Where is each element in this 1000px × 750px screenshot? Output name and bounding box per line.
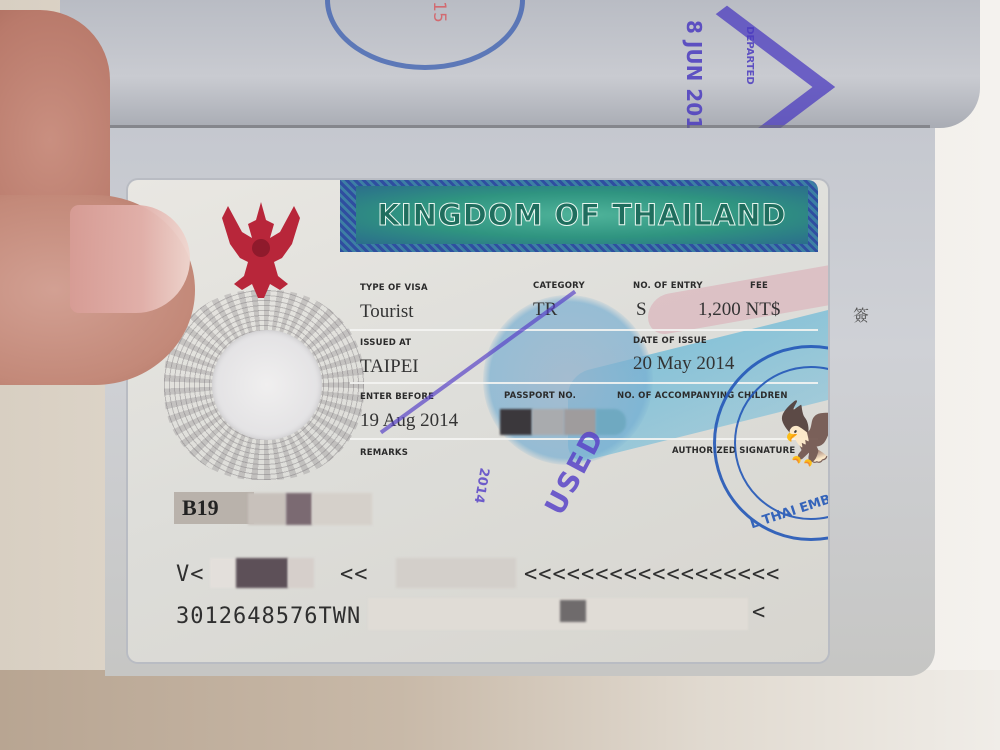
no-of-entry-value: S [636,299,647,321]
mrz-line2-prefix: 3012648576TWN [176,604,361,629]
redacted-mrz [396,558,516,588]
no-of-entry-label: NO. OF ENTRY [633,281,703,291]
issued-at-value: TAIPEI [360,356,419,378]
date-of-issue-value: 20 May 2014 [633,353,734,375]
used-stamp-date: 2014 [471,466,492,504]
departure-stamp-label: DEPARTED [744,26,755,85]
fee-label: FEE [750,281,768,291]
remarks-label: REMARKS [360,448,408,458]
side-character: 簽 [853,303,869,326]
redacted-mrz [236,558,288,588]
garuda-emblem-icon [216,198,306,308]
mrz-line1-prefix: V< [176,562,205,587]
issued-at-label: ISSUED AT [360,338,411,348]
redacted-passport-number [532,409,564,435]
type-of-visa-value: Tourist [360,301,414,323]
redacted-serial [286,493,312,525]
hologram-number: 15 [824,542,828,617]
field-divider [350,329,818,331]
mrz-line1-filler: <<<<<<<<<<<<<<<<<< [524,562,780,587]
visa-serial: B19 [174,492,254,524]
embassy-garuda-icon: 🦅 [776,398,828,469]
redacted-mrz [210,558,236,588]
mrz-line2-suffix: < [752,600,766,625]
visa-title: KINGDOM OF THAILAND [377,198,786,232]
redacted-passport-number [500,409,532,435]
visa-serial-prefix: B19 [182,495,219,521]
stamp-red-number: 15 [429,1,449,23]
entry-stamp-circle [325,0,525,70]
redacted-serial [312,493,372,525]
redacted-mrz [288,558,314,588]
redacted-mrz [560,600,586,622]
passport-top-page: 15 8 JUN 2014 DEPARTED [60,0,980,128]
title-banner: KINGDOM OF THAILAND [340,180,818,252]
visa-sticker: KINGDOM OF THAILAND TYPE OF VISA Tourist… [128,180,828,662]
date-of-issue-label: DATE OF ISSUE [633,336,707,346]
embossed-seal [212,330,322,440]
passport-no-label: PASSPORT NO. [504,391,576,401]
type-of-visa-label: TYPE OF VISA [360,283,428,293]
redacted-mrz [368,598,748,630]
fee-value: 1,200 NT$ [698,299,780,321]
redacted-serial [248,493,286,525]
redacted-passport-number [596,409,626,435]
mrz-line1-middle: << [340,562,369,587]
thumbnail [70,205,190,313]
table-surface [0,670,1000,750]
category-label: CATEGORY [533,281,585,291]
